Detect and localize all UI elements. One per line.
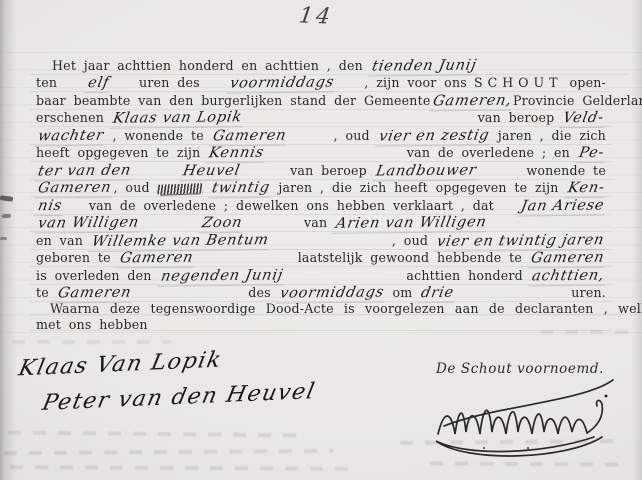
document-line: ter van den Heuvel van beroep Landbouwer…	[36, 163, 606, 181]
handwritten-page-number: 14	[297, 3, 334, 29]
handwritten-text: nis	[34, 198, 65, 216]
line-chunk: , oud vier en twintig jaren	[392, 233, 606, 251]
line-chunk: , zijn voor ons SCHOUT open-	[364, 75, 606, 90]
schout-caption: De Schout voornoemd.	[436, 361, 604, 377]
printed-text: des	[248, 285, 271, 300]
handwritten-text: Gameren	[209, 128, 289, 147]
handwritten-text: achttien,	[528, 268, 608, 287]
line-chunk: Gameren,	[431, 93, 513, 111]
handwritten-text: twintig	[208, 180, 273, 199]
handwritten-text: wachter	[34, 128, 107, 147]
line-chunk: Provincie Gelderland	[513, 93, 642, 108]
document-line: baar beambte van den burgerlijken stand …	[36, 93, 606, 111]
document-line: Het jaar achttien honderd en achttien , …	[36, 58, 622, 76]
handwritten-text: van Willigen	[34, 214, 142, 233]
printed-text: , zijn voor ons	[364, 75, 467, 90]
bleed-through-text	[12, 340, 172, 344]
handwritten-text: Heuvel	[179, 163, 243, 182]
document-line: van Willigen Zoon van Arien van Willigen	[36, 215, 606, 233]
schout-signature-flourish	[424, 376, 616, 462]
declarant1-signature: Klaas Van Lopik	[16, 348, 224, 382]
line-chunk: met ons hebben	[36, 317, 148, 332]
line-chunk: van de overledene ; en Pe-	[407, 145, 606, 163]
printed-text: , oud	[334, 128, 370, 143]
handwritten-text: Jan Ariese	[517, 198, 608, 217]
line-chunk: Het jaar achttien honderd en achttien , …	[52, 58, 478, 76]
document-line: is overleden den negenden Junij achttien…	[36, 268, 606, 286]
handwritten-text: ter van den	[34, 162, 134, 181]
handwritten-text: Landbouwer	[372, 162, 480, 181]
handwritten-text: Pe-	[575, 145, 607, 163]
line-chunk: Gameren	[36, 180, 113, 198]
line-chunk: en van Willemke van Bentum	[36, 233, 270, 251]
line-chunk: uren des	[139, 75, 200, 90]
bleed-through-text	[10, 465, 350, 471]
line-chunk: Heuvel	[181, 163, 242, 181]
printed-text: , wonende te	[112, 128, 203, 143]
printed-text: is overleden den	[36, 268, 152, 283]
printed-text: Provincie Gelderland	[513, 93, 642, 108]
printed-text: van beroep	[290, 163, 367, 178]
line-chunk: van beroep Landbouwer	[290, 163, 478, 181]
handwritten-text: Arien van Willigen	[332, 214, 490, 234]
printed-text: jaren , die zich	[498, 128, 606, 143]
printed-text: om	[392, 285, 412, 300]
handwritten-text: Gameren	[116, 250, 196, 269]
scan-ink-mark	[2, 214, 11, 219]
document-line: erschenen Klaas van Lopik van beroep Vel…	[36, 110, 606, 128]
line-chunk: Jan Ariese	[519, 198, 606, 216]
handwritten-text: Kennis	[206, 145, 268, 164]
bleed-through-text	[8, 430, 308, 437]
line-chunk: elf	[86, 75, 111, 93]
printed-text: open-	[570, 75, 606, 90]
printed-text: van de overledene ; en	[407, 145, 570, 160]
document-line: wachter , wonende te Gameren , oud vier …	[36, 128, 606, 146]
printed-text: ten	[36, 75, 57, 90]
printed-text: van beroep	[478, 110, 555, 125]
handwritten-text: tienden Junij	[368, 57, 480, 76]
handwritten-text: negenden Junij	[157, 267, 286, 286]
line-chunk: , oud twintig jaren , die zich heeft opg…	[114, 180, 606, 198]
handwritten-text: Klaas van Lopik	[109, 109, 245, 128]
document-line: Gameren , oud twintig jaren , die zich h…	[36, 180, 606, 198]
printed-text: wonende te	[526, 163, 606, 178]
handwritten-text: Gameren,	[429, 93, 515, 112]
page-right-edge-shadow	[632, 0, 642, 480]
line-chunk: geboren te Gameren	[36, 250, 195, 268]
line-chunk: van de overledene ; dewelken ons hebben …	[89, 198, 494, 213]
document-line: met ons hebben	[36, 317, 606, 332]
line-chunk: ten	[36, 75, 57, 90]
printed-text: uren des	[139, 75, 200, 90]
printed-text: van de overledene ; dewelken ons hebben …	[89, 198, 494, 213]
handwritten-text: Gameren	[34, 180, 114, 199]
handwritten-text: Ken-	[564, 180, 608, 198]
blank-space	[548, 226, 606, 227]
printed-text: Het jaar achttien honderd en achttien , …	[52, 58, 363, 73]
printed-text: heeft opgegeven te zijn	[36, 145, 200, 160]
line-chunk: achttien honderd achttien,	[406, 268, 606, 286]
document-line: ten elf uren des voormiddags , zijn voor…	[36, 75, 606, 93]
line-chunk: heeft opgegeven te zijn Kennis	[36, 145, 266, 163]
printed-text: van	[304, 215, 327, 230]
printed-text: te	[36, 285, 49, 300]
bleed-through-text	[430, 461, 620, 466]
line-chunk: van Arien van Willigen	[304, 215, 489, 233]
scanned-death-record-page: 14 Het jaar achttien honderd en achttien…	[0, 0, 642, 480]
line-chunk: , oud vier en zestig jaren , die zich	[334, 128, 606, 146]
document-line: Waarna deze tegenswoordige Dood-Acte is …	[36, 301, 620, 316]
line-chunk: erschenen Klaas van Lopik	[36, 110, 244, 128]
document-line: en van Willemke van Bentum , oud vier en…	[36, 233, 606, 251]
line-chunk: baar beambte van den burgerlijken stand …	[36, 93, 431, 108]
document-line: geboren te Gameren laatstelijk gewoond h…	[36, 250, 606, 268]
line-chunk: wonende te	[526, 163, 606, 178]
handwritten-text: vier en zestig	[375, 127, 493, 146]
line-chunk: van beroep Veld-	[478, 110, 606, 128]
line-chunk: wachter , wonende te Gameren	[36, 128, 288, 146]
line-chunk: is overleden den negenden Junij	[36, 268, 284, 286]
line-chunk: voormiddags	[228, 75, 336, 93]
printed-schout-caps: SCHOUT	[474, 75, 563, 90]
printed-text: Waarna deze tegenswoordige Dood-Acte is …	[50, 301, 642, 316]
scan-ink-mark	[0, 195, 13, 202]
printed-text: met ons hebben	[36, 317, 148, 332]
printed-text: uren.	[571, 285, 606, 300]
blank-space	[527, 69, 622, 70]
scribbled-out-word	[157, 183, 203, 195]
page-left-edge-shadow	[0, 0, 18, 480]
printed-text: laatstelijk gewoond hebbende te	[298, 250, 522, 265]
blank-space	[186, 328, 606, 329]
handwritten-text: Zoon	[199, 215, 246, 233]
document-line: nis van de overledene ; dewelken ons heb…	[36, 198, 606, 216]
line-chunk: ter van den	[36, 163, 133, 181]
handwritten-text: Veld-	[560, 110, 608, 128]
document-line: heeft opgegeven te zijn Kennis van de ov…	[36, 145, 606, 163]
printed-text: baar beambte van den burgerlijken stand …	[36, 93, 431, 108]
scan-ink-mark	[0, 237, 7, 240]
printed-text: achttien honderd	[406, 268, 523, 283]
handwritten-text: voormiddags	[226, 74, 337, 93]
printed-text: erschenen	[36, 110, 104, 125]
line-chunk: Waarna deze tegenswoordige Dood-Acte is …	[50, 301, 642, 316]
handwritten-text: Gameren	[527, 250, 607, 269]
printed-text: geboren te	[36, 250, 111, 265]
line-chunk: uren.	[571, 285, 606, 300]
line-chunk: nis	[36, 198, 64, 216]
declarant2-signature: Peter van den Heuvel	[40, 379, 318, 416]
printed-text: en van	[36, 233, 83, 248]
printed-text: , oud	[114, 180, 150, 195]
line-chunk: Zoon	[200, 215, 244, 233]
printed-text: jaren , die zich heeft opgegeven te zijn	[278, 180, 558, 195]
line-chunk: laatstelijk gewoond hebbende te Gameren	[298, 250, 606, 268]
bleed-through-text	[4, 449, 334, 455]
printed-text: , oud	[392, 233, 428, 248]
handwritten-text: elf	[84, 75, 112, 93]
line-chunk: van Willigen	[36, 215, 141, 233]
